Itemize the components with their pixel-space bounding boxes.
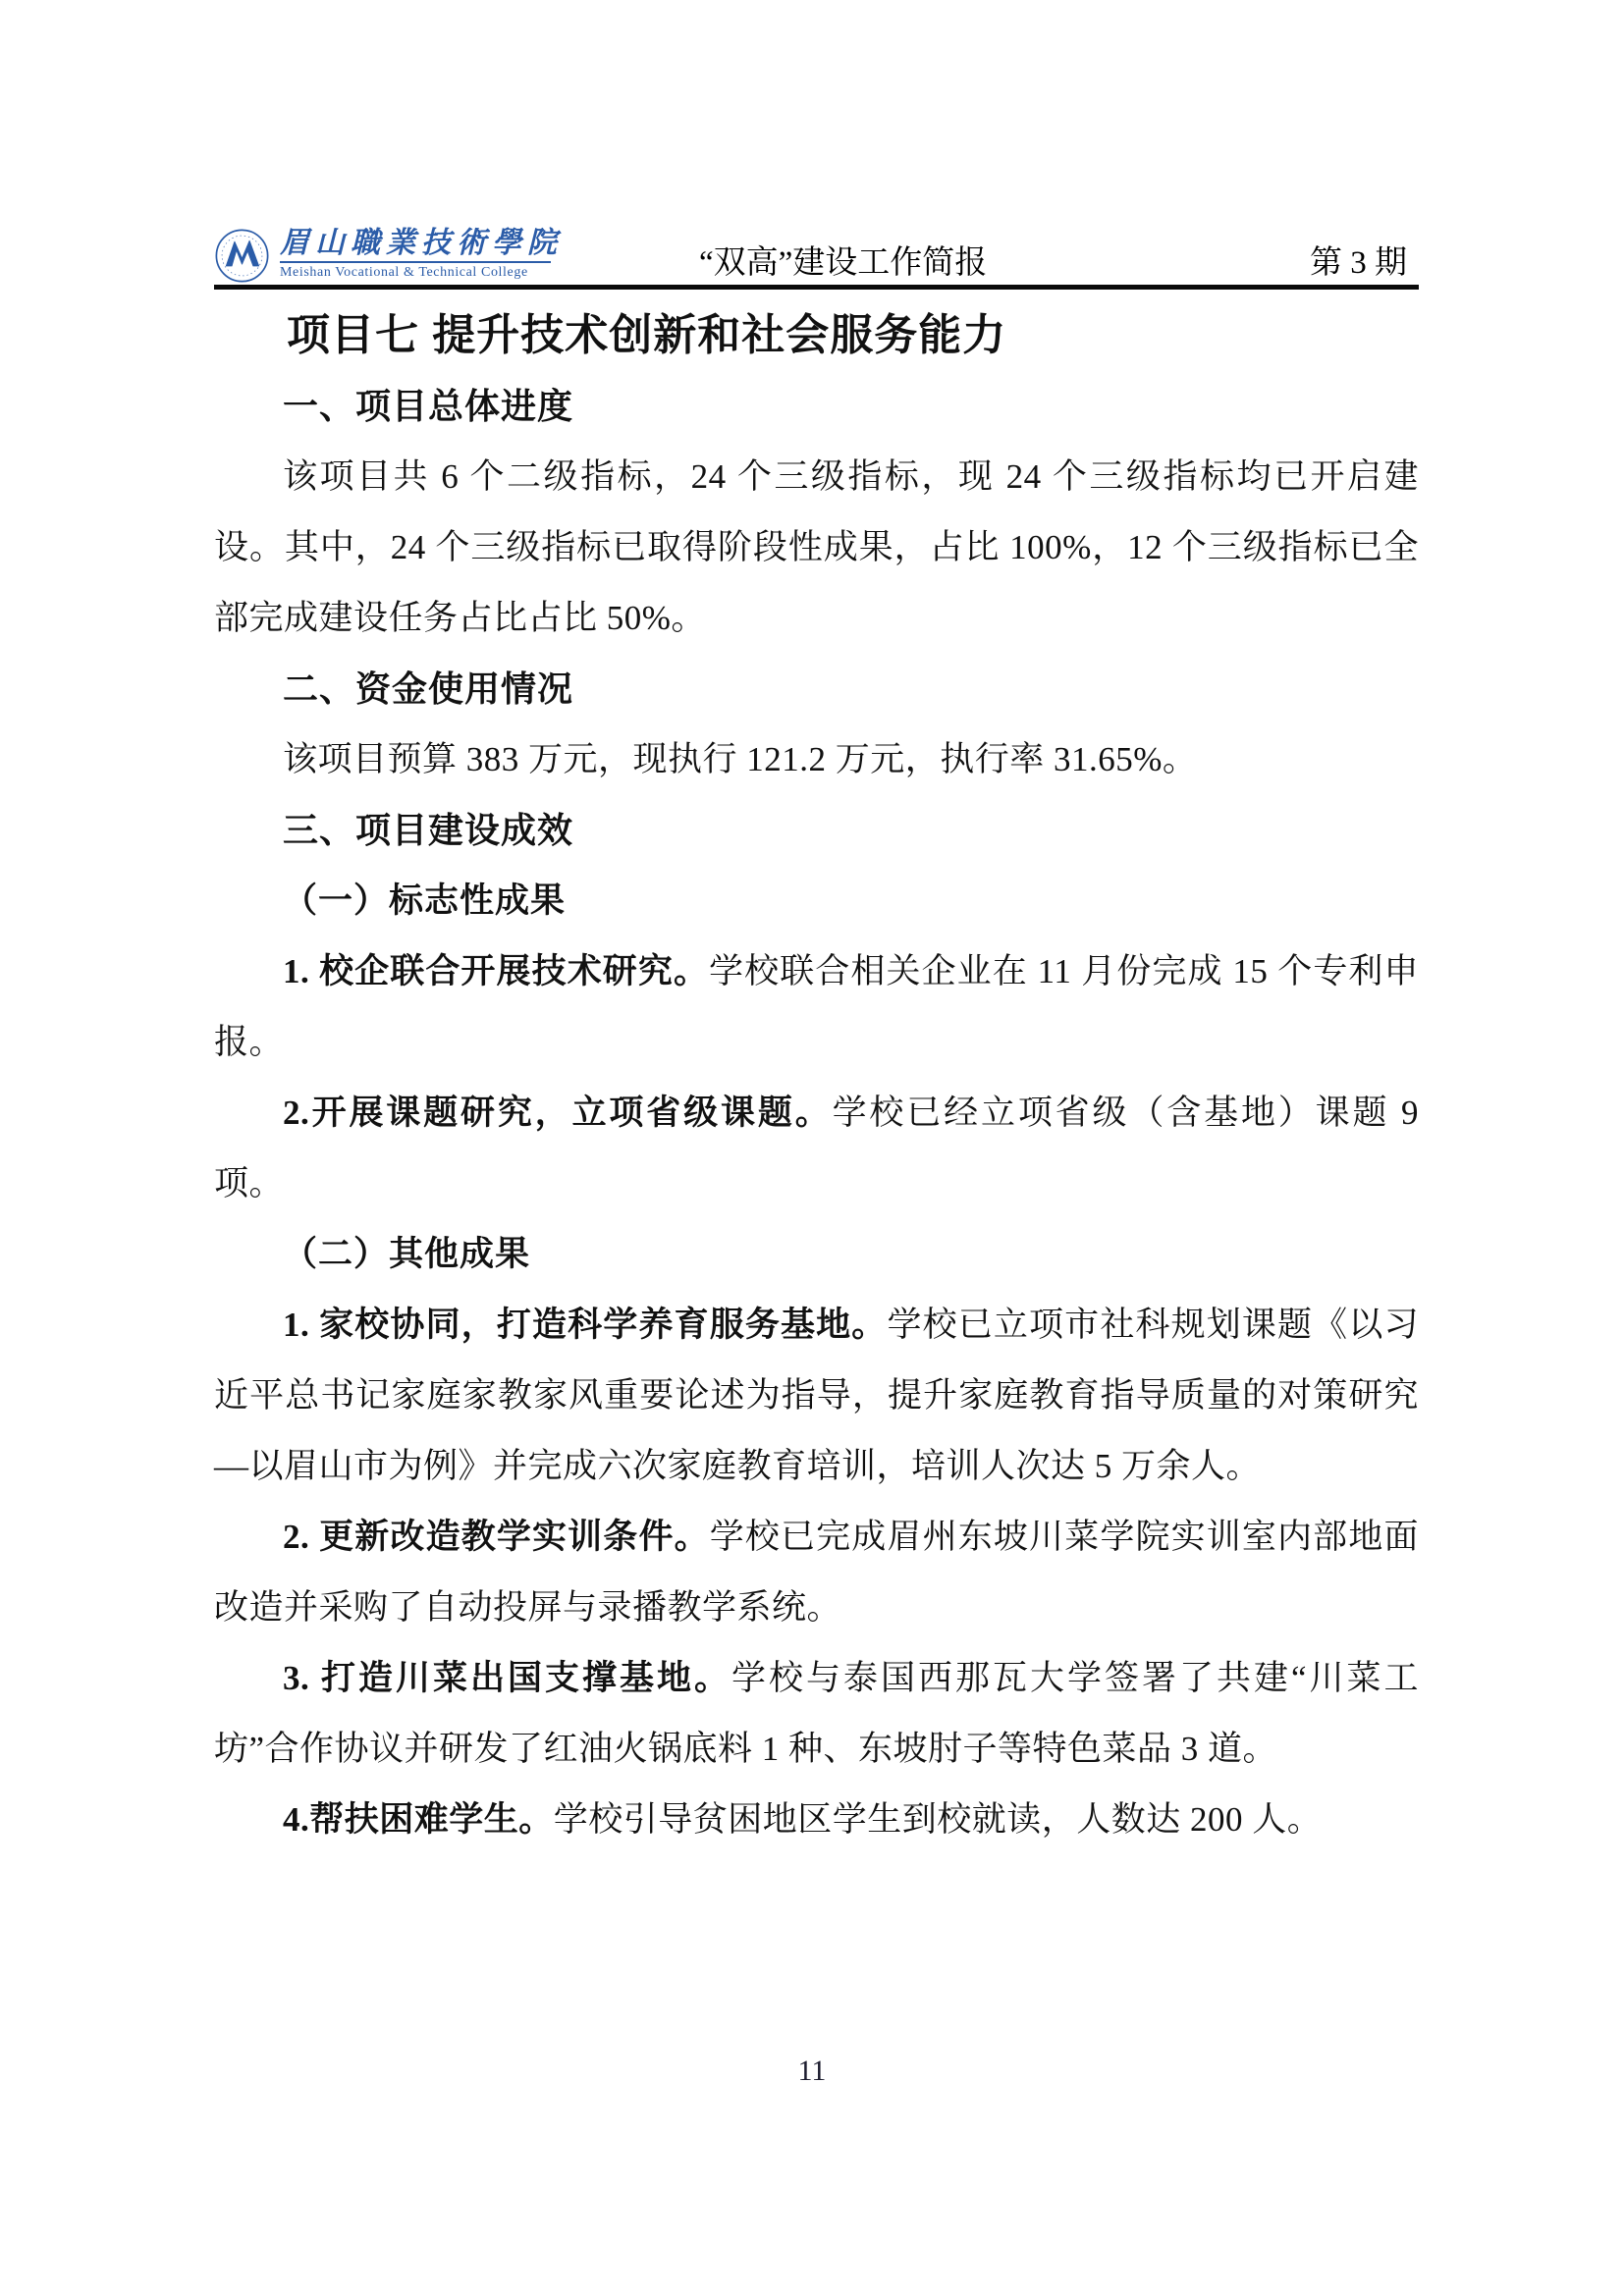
page-footer: 11	[0, 2055, 1624, 2088]
paragraph-lead: 1. 家校协同，打造科学养育服务基地。	[283, 1306, 887, 1344]
paragraph-lead: 4.帮扶困难学生。	[283, 1800, 554, 1839]
college-logo: 眉山職業技術學院 Meishan Vocational & Technical …	[214, 228, 563, 284]
page: 眉山職業技術學院 Meishan Vocational & Technical …	[0, 0, 1624, 2296]
paragraph-lead: 3. 打造川菜出国支撑基地。	[283, 1659, 731, 1697]
header-rule	[214, 285, 1419, 290]
paragraph-lead: 2.开展课题研究，立项省级课题。	[283, 1094, 833, 1132]
section-heading: 三、项目建设成效	[214, 795, 1419, 866]
paragraph: 该项目预算 383 万元，现执行 121.2 万元，执行率 31.65%。	[214, 724, 1419, 795]
paragraph: 4.帮扶困难学生。学校引导贫困地区学生到校就读，人数达 200 人。	[214, 1785, 1419, 1855]
paragraph: 该项目共 6 个二级指标，24 个三级指标，现 24 个三级指标均已开启建设。其…	[214, 442, 1419, 654]
bulletin-title: “双高”建设工作简报	[699, 245, 987, 281]
paragraph: 2. 更新改造教学实训条件。学校已完成眉州东坡川菜学院实训室内部地面改造并采购了…	[214, 1502, 1419, 1643]
subsection-heading: （一）标志性成果	[214, 866, 1419, 936]
paragraph: 1. 校企联合开展技术研究。学校联合相关企业在 11 月份完成 15 个专利申报…	[214, 936, 1419, 1078]
paragraph: 3. 打造川菜出国支撑基地。学校与泰国西那瓦大学签署了共建“川菜工坊”合作协议并…	[214, 1643, 1419, 1785]
paragraph: 1. 家校协同，打造科学养育服务基地。学校已立项市社科规划课题《以习近平总书记家…	[214, 1290, 1419, 1502]
document-body: 项目七 提升技术创新和社会服务能力一、项目总体进度该项目共 6 个二级指标，24…	[214, 300, 1419, 1855]
college-name-zh: 眉山職業技術學院	[280, 228, 563, 259]
section-heading: 一、项目总体进度	[214, 371, 1419, 442]
college-name-en: Meishan Vocational & Technical College	[280, 265, 563, 280]
page-number: 11	[798, 2055, 827, 2087]
issue-number: 第 3 期	[1310, 245, 1407, 281]
college-seal-icon	[214, 228, 270, 284]
page-header: 眉山職業技術學院 Meishan Vocational & Technical …	[214, 226, 1419, 285]
paragraph-lead: 2. 更新改造教学实训条件。	[283, 1518, 710, 1556]
logo-divider	[280, 261, 551, 263]
paragraph: 2.开展课题研究，立项省级课题。学校已经立项省级（含基地）课题 9 项。	[214, 1078, 1419, 1219]
paragraph-lead: 1. 校企联合开展技术研究。	[283, 952, 709, 990]
section-heading: 二、资金使用情况	[214, 654, 1419, 724]
subsection-heading: （二）其他成果	[214, 1219, 1419, 1290]
doc-title: 项目七 提升技术创新和社会服务能力	[214, 300, 1419, 371]
college-name-block: 眉山職業技術學院 Meishan Vocational & Technical …	[280, 228, 563, 280]
